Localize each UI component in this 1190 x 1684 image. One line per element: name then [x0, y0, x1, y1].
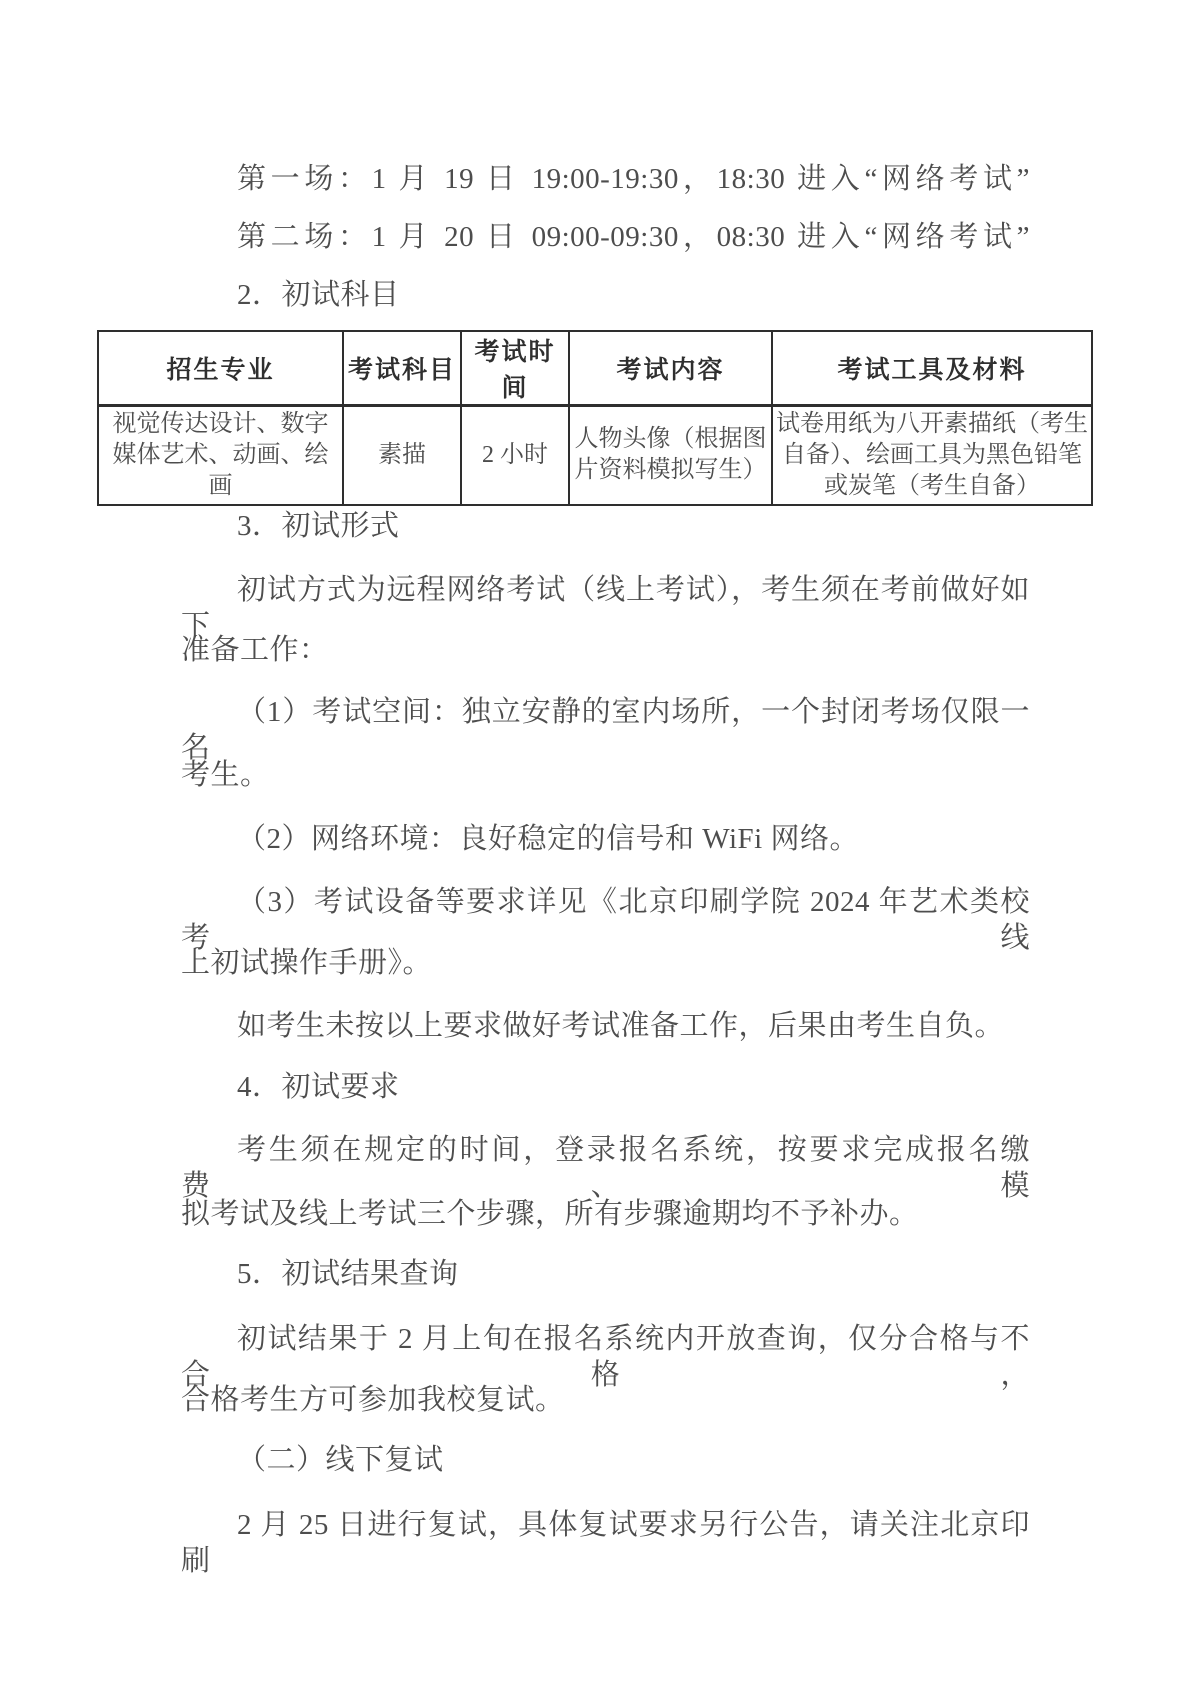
header-duration: 考试时间: [461, 331, 569, 406]
header-subject: 考试科目: [343, 331, 461, 406]
section-heading: 3．初试形式: [181, 508, 1030, 544]
paragraph-line: 准备工作：: [181, 632, 1030, 668]
cell-majors: 视觉传达设计、数字媒体艺术、动画、绘画: [98, 406, 343, 505]
table-row: 视觉传达设计、数字媒体艺术、动画、绘画 素描 2 小时 人物头像（根据图片资料模…: [98, 406, 1092, 505]
paragraph-line: 如考生未按以上要求做好考试准备工作，后果由考生自负。: [181, 1008, 1030, 1044]
paragraph-line: （1）考试空间：独立安静的室内场所，一个封闭考场仅限一名: [181, 694, 1030, 766]
paragraph-line: 第一场：1 月 19 日 19:00-19:30，18:30 进入“网络考试”: [181, 161, 1030, 197]
cell-subject: 素描: [343, 406, 461, 505]
section-heading: 4．初试要求: [181, 1069, 1030, 1105]
table-header-row: 招生专业 考试科目 考试时间 考试内容 考试工具及材料: [98, 331, 1092, 406]
paragraph-line: 考生。: [181, 757, 1030, 793]
exam-subjects-table: 招生专业 考试科目 考试时间 考试内容 考试工具及材料 视觉传达设计、数字媒体艺…: [97, 330, 1093, 506]
document-page: 第一场：1 月 19 日 19:00-19:30，18:30 进入“网络考试” …: [0, 0, 1190, 1684]
cell-materials: 试卷用纸为八开素描纸（考生自备）、绘画工具为黑色铅笔或炭笔（考生自备）: [772, 406, 1092, 505]
subsection-heading: （二）线下复试: [181, 1442, 1030, 1478]
paragraph-line: 2 月 25 日进行复试，具体复试要求另行公告，请关注北京印刷: [181, 1507, 1030, 1579]
section-heading: 2．初试科目: [181, 277, 1030, 313]
paragraph-line: 合格考生方可参加我校复试。: [181, 1382, 1030, 1418]
paragraph-line: 考生须在规定的时间，登录报名系统，按要求完成报名缴费、模: [181, 1132, 1030, 1204]
cell-content: 人物头像（根据图片资料模拟写生）: [569, 406, 772, 505]
section-heading: 5．初试结果查询: [181, 1256, 1030, 1292]
header-content: 考试内容: [569, 331, 772, 406]
paragraph-line: （2）网络环境：良好稳定的信号和 WiFi 网络。: [181, 821, 1030, 857]
paragraph-line: 上初试操作手册》。: [181, 945, 1030, 981]
header-majors: 招生专业: [98, 331, 343, 406]
paragraph-line: 第二场：1 月 20 日 09:00-09:30，08:30 进入“网络考试”: [181, 219, 1030, 255]
cell-duration: 2 小时: [461, 406, 569, 505]
paragraph-line: 拟考试及线上考试三个步骤，所有步骤逾期均不予补办。: [181, 1196, 1030, 1232]
header-materials: 考试工具及材料: [772, 331, 1092, 406]
